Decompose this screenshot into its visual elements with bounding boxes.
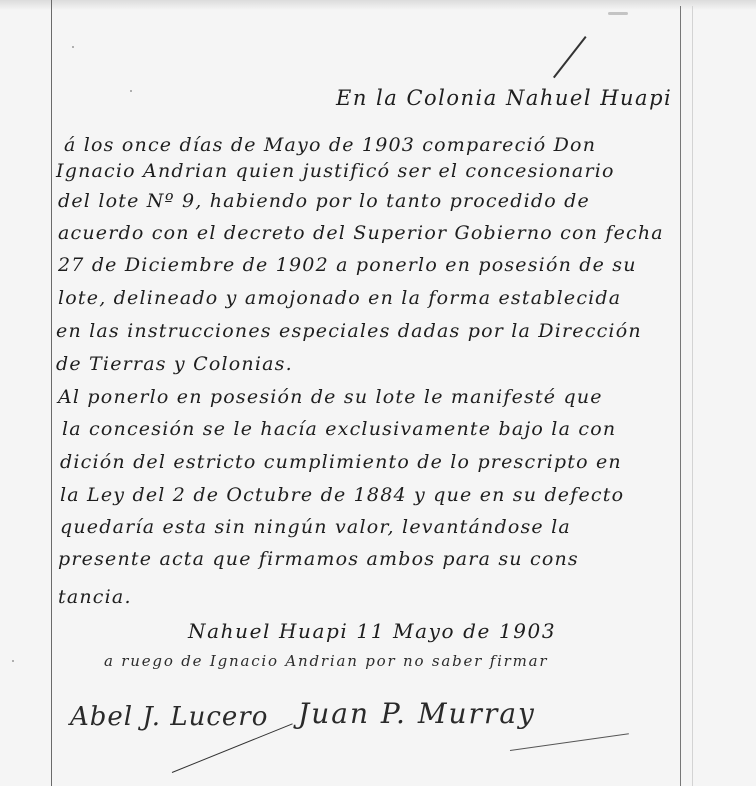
body-line-7: en las instrucciones especiales dadas po… bbox=[56, 322, 642, 341]
body-line-5: 27 de Diciembre de 1902 a ponerlo en pos… bbox=[58, 256, 637, 275]
body-line-15: tancia. bbox=[58, 588, 132, 607]
document-heading-line: En la Colonia Nahuel Huapi bbox=[336, 88, 672, 109]
body-line-12: la Ley del 2 de Octubre de 1884 y que en… bbox=[60, 486, 624, 505]
body-line-4: acuerdo con el decreto del Superior Gobi… bbox=[58, 224, 664, 243]
scanned-document-page: En la Colonia Nahuel Huapi á los once dí… bbox=[0, 0, 756, 786]
body-line-10: la concesión se le hacía exclusivamente … bbox=[62, 420, 616, 439]
right-margin-rule bbox=[680, 6, 681, 786]
place-and-date-line: Nahuel Huapi 11 Mayo de 1903 bbox=[188, 621, 556, 641]
scan-edge-shadow bbox=[0, 0, 756, 10]
body-line-1: á los once días de Mayo de 1903 comparec… bbox=[64, 136, 596, 155]
body-line-9: Al ponerlo en posesión de su lote le man… bbox=[58, 388, 603, 407]
signature-flourish-murray bbox=[510, 733, 629, 751]
body-line-3: del lote Nº 9, habiendo por lo tanto pro… bbox=[58, 192, 590, 211]
body-line-6: lote, delineado y amojonado en la forma … bbox=[58, 289, 621, 308]
body-line-8: de Tierras y Colonias. bbox=[56, 355, 293, 374]
signature-murray: Juan P. Murray bbox=[298, 700, 536, 728]
proxy-signature-note: a ruego de Ignacio Andrian por no saber … bbox=[104, 654, 548, 669]
folio-stamp-mark bbox=[608, 12, 628, 15]
scan-speck bbox=[12, 660, 14, 662]
body-line-11: dición del estricto cumplimiento de lo p… bbox=[60, 453, 622, 472]
folio-slash-mark bbox=[553, 36, 587, 78]
scan-speck bbox=[130, 90, 132, 92]
left-margin-rule bbox=[51, 0, 52, 786]
right-margin-faint-rule bbox=[692, 6, 693, 786]
signature-lucero: Abel J. Lucero bbox=[70, 704, 268, 730]
body-line-13: quedaría esta sin ningún valor, levantán… bbox=[60, 518, 571, 537]
body-line-2: Ignacio Andrian quien justificó ser el c… bbox=[56, 162, 615, 181]
scan-speck bbox=[72, 46, 74, 48]
body-line-14: presente acta que firmamos ambos para su… bbox=[58, 550, 579, 569]
